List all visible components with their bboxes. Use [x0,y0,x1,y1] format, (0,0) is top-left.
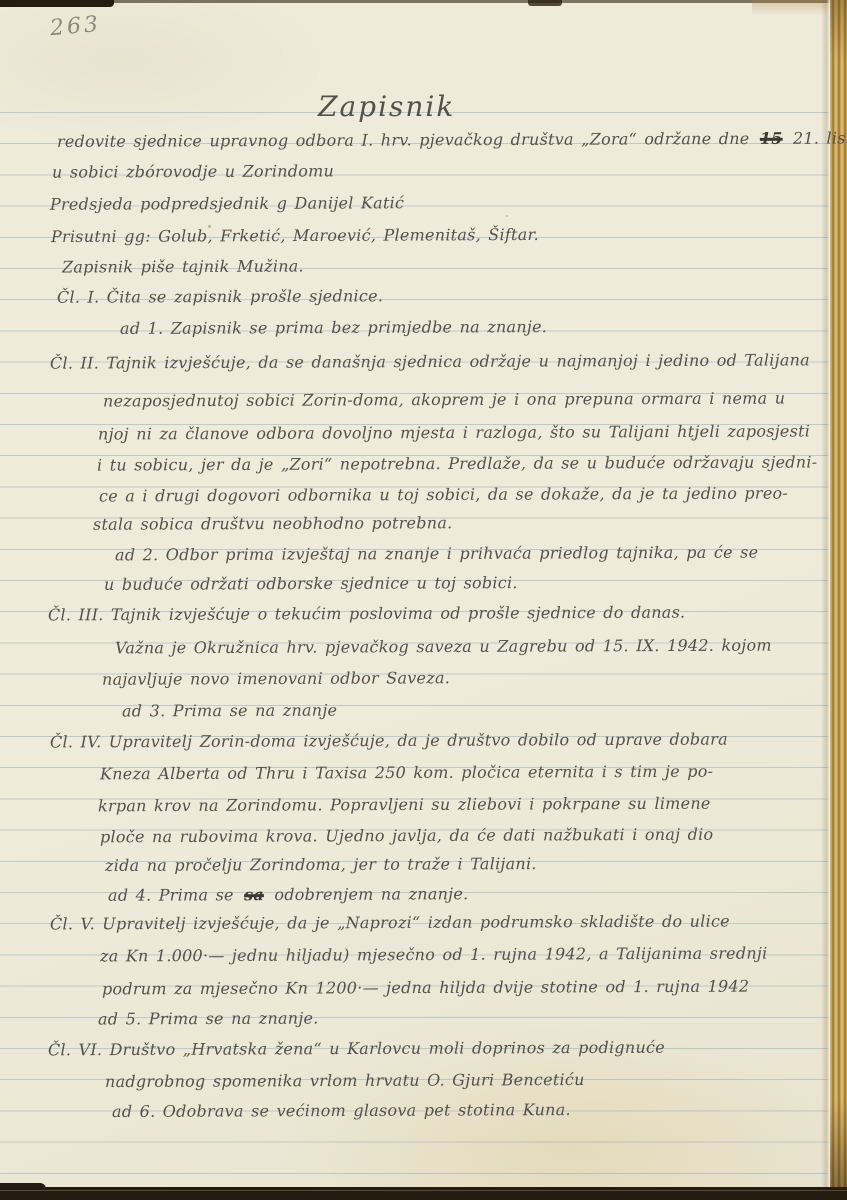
manuscript-line: Čl. IV. Upravitelj Zorin-doma izvješćuje… [50,730,728,753]
manuscript-line: Prisutni gg: Golub, Frketić, Maroević, P… [51,225,539,247]
paper-speck [506,215,508,217]
top-edge [0,0,847,3]
manuscript-line: i tu sobicu, jer da je „Zori“ nepotrebna… [97,452,817,475]
manuscript-line: krpan krov na Zorindomu. Popravljeni su … [98,794,711,817]
manuscript-line: ce a i drugi dogovori odbornika u toj so… [99,483,788,506]
manuscript-line: stala sobica društvu neobhodno potrebna. [93,513,453,535]
manuscript-line: ad 3. Prima se na znanje [122,701,337,722]
line-text: 21. listopada 1942 [793,128,847,148]
manuscript-line: Važna je Okružnica hrv. pjevačkog saveza… [115,636,772,659]
line-text: ad 4. Prima se [108,885,234,905]
struck-text: 15 [760,129,783,148]
manuscript-line: Predsjeda podpredsjednik g Danijel Katić [50,193,404,215]
manuscript-line: Zapisnik piše tajnik Mužina. [62,256,304,277]
line-text: redovite sjednice upravnog odbora I. hrv… [57,129,750,151]
manuscript-line: ad 4. Prima se sa odobrenjem na znanje. [108,884,469,906]
top-edge-binding [0,0,114,7]
manuscript-line: nezaposjednutoj sobici Zorin-doma, akopr… [103,389,785,412]
manuscript-line: njoj ni za članove odbora dovoljno mjest… [98,421,810,444]
manuscript-line: ad 5. Prima se na znanje. [98,1009,319,1030]
manuscript-line: ploče na rubovima krova. Ujedno javlja, … [100,825,713,848]
manuscript-line: Čl. III. Tajnik izvješćuje o tekućim pos… [48,603,685,626]
manuscript-line: u sobici zbórovodje u Zorindomu [52,161,334,182]
struck-text: sa [244,885,264,904]
manuscript-line: ad 6. Odobrava se većinom glasova pet st… [112,1100,571,1122]
page-edge-strip [830,0,847,1200]
doc-title: Zapisnik [318,90,455,123]
manuscript-line: Kneza Alberta od Thru i Taxisa 250 kom. … [100,762,713,785]
bottom-edge [0,1187,847,1200]
manuscript-line: Čl. II. Tajnik izvješćuje, da se današnj… [50,350,810,373]
manuscript-line: ad 2. Odbor prima izvještaj na znanje i … [115,543,758,566]
manuscript-line: Čl. VI. Društvo „Hrvatska žena“ u Karlov… [48,1038,665,1061]
manuscript-line: ad 1. Zapisnik se prima bez primjedbe na… [120,317,547,339]
page-curl-shadow [821,0,830,1200]
manuscript-line: Čl. V. Upravitelj izvješćuje, da je „Nap… [50,912,730,935]
manuscript-line: za Kn 1.000·— jednu hiljadu) mjesečno od… [100,944,768,967]
manuscript-line: nadgrobnog spomenika vrlom hrvatu O. Gju… [105,1070,585,1092]
manuscript-line: zida na pročelju Zorindoma, jer to traže… [105,854,537,876]
manuscript-line: redovite sjednice upravnog odbora I. hrv… [57,128,847,152]
page-number: 263 [49,12,102,41]
manuscript-line: najavljuje novo imenovani odbor Saveza. [102,668,450,690]
manuscript-line: u buduće održati odborske sjednice u toj… [104,573,518,595]
line-text: odobrenjem na znanje. [274,884,468,904]
notebook-page: 263 Zapisnik redovite sjednice upravnog … [0,0,847,1200]
manuscript-line: podrum za mjesečno Kn 1200·— jedna hiljd… [102,977,749,1000]
manuscript-line: Čl. I. Čita se zapisnik prošle sjednice. [57,286,383,307]
top-edge-blot [528,0,562,6]
